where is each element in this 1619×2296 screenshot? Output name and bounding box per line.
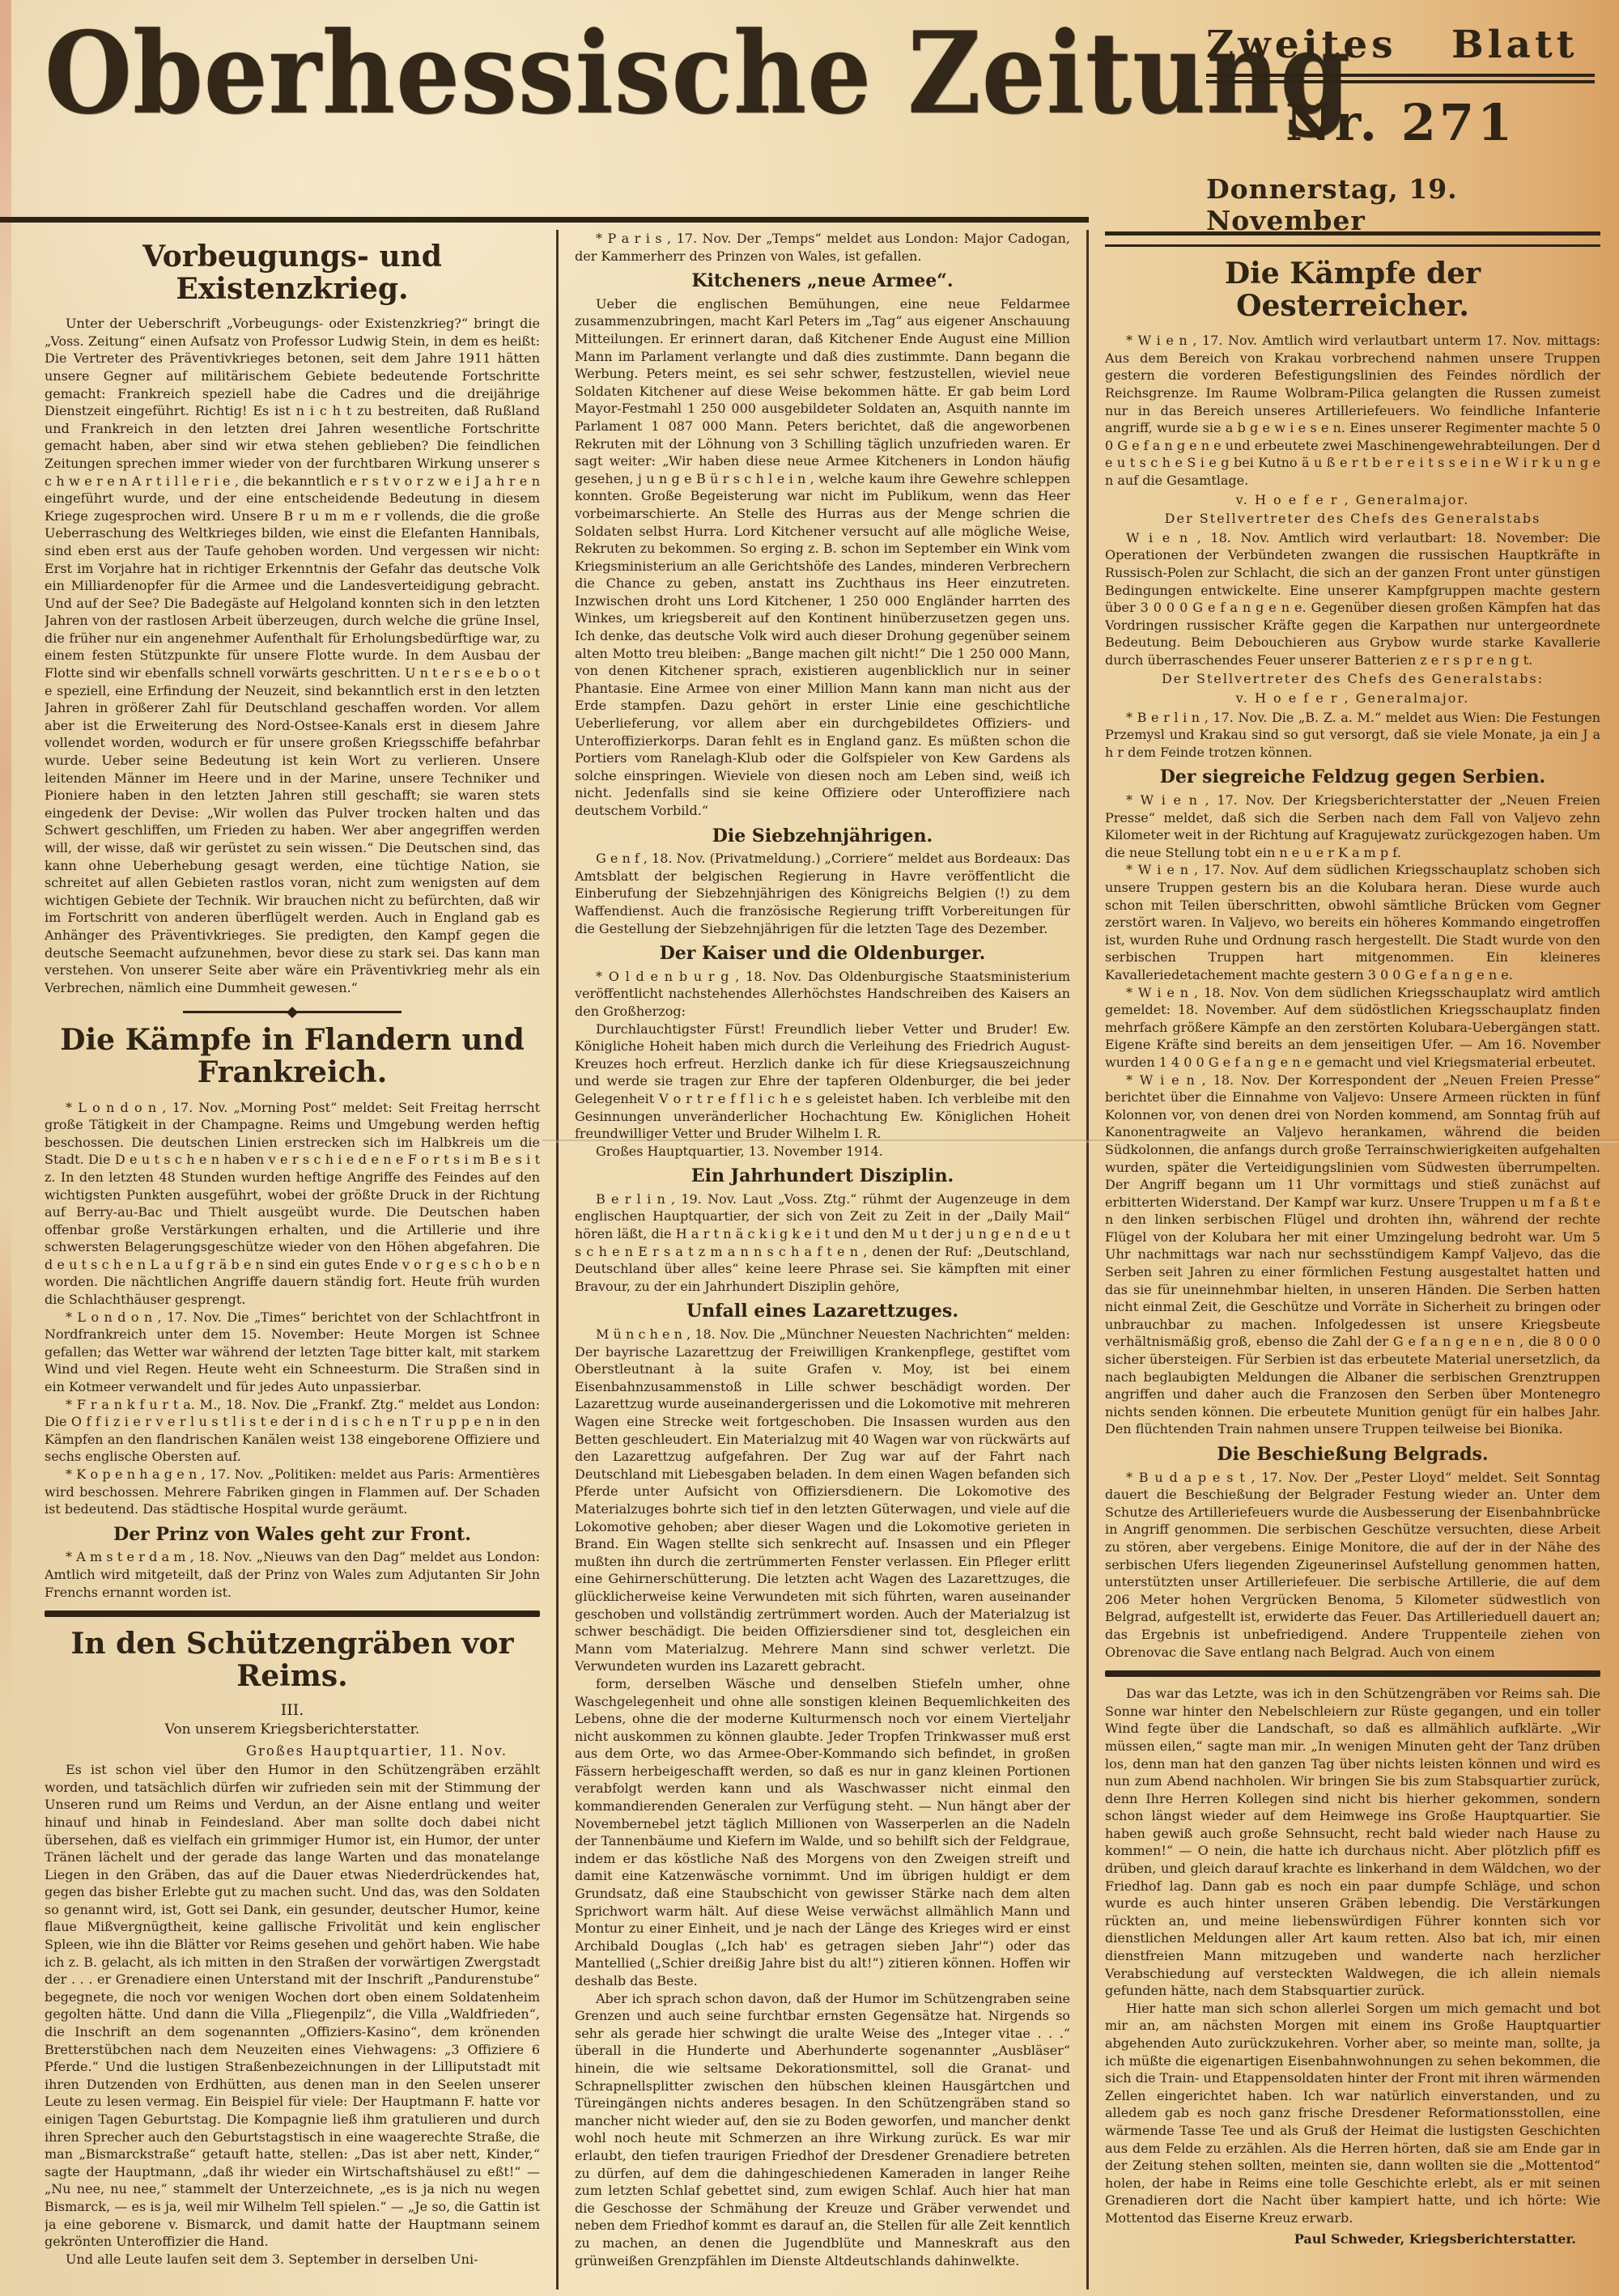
paragraph: B e r l i n , 19. Nov. Laut „Voss. Ztg.“… xyxy=(575,1190,1070,1296)
column3-top-rule xyxy=(1105,231,1600,247)
column-divider-1 xyxy=(556,230,559,2290)
headline-kaempfe-oesterreicher: Die Kämpfe der Oesterreicher. xyxy=(1105,258,1600,322)
paragraph: Das war das Letzte, was ich in den Schüt… xyxy=(1105,1685,1600,2000)
paragraph: * O l d e n b u r g , 18. Nov. Das Olden… xyxy=(575,968,1070,1021)
serbien-body: * W i e n , 17. Nov. Der Kriegsberichter… xyxy=(1105,792,1600,1438)
prinz-von-wales-body: * A m s t e r d a m , 18. Nov. „Nieuws v… xyxy=(45,1548,540,1601)
paper-edge-stains xyxy=(0,0,11,2296)
date-line: Donnerstag, 19. November xyxy=(1206,173,1595,236)
paragraph: Hier hatte man sich schon allerlei Sorge… xyxy=(1105,2000,1600,2227)
paragraph: * W i e n , 17. Nov. Der Kriegsberichter… xyxy=(1105,792,1600,861)
wien-18-nov-item: W i e n , 18. Nov. Amtlich wird verlautb… xyxy=(1105,529,1600,669)
signature-hoefer-1: v. H o e f e r , Generalmajor. xyxy=(1105,491,1600,509)
paragraph: Großes Hauptquartier, 13. November 1914. xyxy=(575,1143,1070,1161)
berlin-17-nov-item: * B e r l i n , 17. Nov. Die „B. Z. a. M… xyxy=(1105,709,1600,762)
siebzehnjaehrigen-body: G e n f , 18. Nov. (Privatmeldung.) „Cor… xyxy=(575,850,1070,937)
headline-schuetzengraeben-reims: In den Schützengräben vor Reims. xyxy=(45,1628,540,1692)
paragraph: * P a r i s , 17. Nov. Der „Temps“ melde… xyxy=(575,230,1070,265)
byline: Von unserem Kriegsberichterstatter. xyxy=(45,1721,540,1739)
subhead-feldzug-serbien: Der siegreiche Feldzug gegen Serbien. xyxy=(1105,769,1600,787)
subhead-prinz-von-wales: Der Prinz von Wales geht zur Front. xyxy=(45,1526,540,1544)
paragraph: * L o n d o n , 17. Nov. „Morning Post“ … xyxy=(45,1099,540,1309)
article-schuetzengraeben-body: Es ist schon viel über den Humor in den … xyxy=(45,1761,540,2268)
reims-conclusion-body: Das war das Letzte, was ich in den Schüt… xyxy=(1105,1685,1600,2226)
column-3: Die Kämpfe der Oesterreicher. * W i e n … xyxy=(1105,230,1600,2290)
paragraph: form, derselben Wäsche und denselben Sti… xyxy=(575,1675,1070,1990)
subhead-unfall-lazarettzug: Unfall eines Lazarettzuges. xyxy=(575,1303,1070,1321)
subhead-siebzehnjaehrigen: Die Siebzehnjährigen. xyxy=(575,828,1070,846)
paragraph: Es ist schon viel über den Humor in den … xyxy=(45,1761,540,2251)
subhead-kaiser-oldenburger: Der Kaiser und die Oldenburger. xyxy=(575,945,1070,963)
masthead: Oberhessische Zeitung Zweites Blatt Nr. … xyxy=(0,0,1619,228)
article-flandern-body: * L o n d o n , 17. Nov. „Morning Post“ … xyxy=(45,1099,540,1518)
paragraph: Durchlauchtigster Fürst! Freundlich lieb… xyxy=(575,1021,1070,1143)
signature-hoefer-2: v. H o e f e r , Generalmajor. xyxy=(1105,690,1600,707)
article-vorbeugungskrieg-body: Unter der Ueberschrift „Vorbeugungs- ode… xyxy=(45,315,540,996)
paragraph: Ueber die englischen Bemühungen, eine ne… xyxy=(575,295,1070,820)
paragraph: * W i e n , 17. Nov. Auf dem südlichen K… xyxy=(1105,861,1600,983)
column-area: Vorbeugungs- und Existenzkrieg. Unter de… xyxy=(45,230,1600,2290)
belgrad-body: * B u d a p e s t , 17. Nov. Der „Pester… xyxy=(1105,1469,1600,1662)
paragraph: * B u d a p e s t , 17. Nov. Der „Pester… xyxy=(1105,1469,1600,1662)
paragraph: * W i e n , 18. Nov. Der Korrespondent d… xyxy=(1105,1072,1600,1438)
newspaper-page: Oberhessische Zeitung Zweites Blatt Nr. … xyxy=(0,0,1619,2296)
masthead-rule xyxy=(0,217,1089,223)
paragraph: * B e r l i n , 17. Nov. Die „B. Z. a. M… xyxy=(1105,709,1600,762)
subhead-jahrhundert-disziplin: Ein Jahrhundert Disziplin. xyxy=(575,1168,1070,1186)
masthead-title: Oberhessische Zeitung xyxy=(45,8,1178,139)
paragraph: G e n f , 18. Nov. (Privatmeldung.) „Cor… xyxy=(575,850,1070,937)
wien-17-nov-item: * W i e n , 17. Nov. Amtlich wird verlau… xyxy=(1105,332,1600,489)
paragraph: Und alle Leute laufen seit dem 3. Septem… xyxy=(45,2251,540,2268)
kitchener-body: Ueber die englischen Bemühungen, eine ne… xyxy=(575,295,1070,820)
edition-block: Zweites Blatt Nr. 271 Donnerstag, 19. No… xyxy=(1206,23,1595,236)
column-2: * P a r i s , 17. Nov. Der „Temps“ melde… xyxy=(575,230,1070,2290)
paris-item: * P a r i s , 17. Nov. Der „Temps“ melde… xyxy=(575,230,1070,265)
paragraph: * K o p e n h a g e n , 17. Nov. „Politi… xyxy=(45,1466,540,1518)
paragraph: * W i e n , 18. Nov. Von dem südlichen K… xyxy=(1105,984,1600,1072)
headline-flandern-frankreich: Die Kämpfe in Flandern und Frankreich. xyxy=(45,1025,540,1089)
subhead-kitcheners-neue-armee: Kitcheners „neue Armee“. xyxy=(575,273,1070,291)
headline-vorbeugungskrieg: Vorbeugungs- und Existenzkrieg. xyxy=(45,241,540,305)
signature-paul-schweder: Paul Schweder, Kriegsberichterstatter. xyxy=(1105,2230,1576,2248)
subhead-beschiessung-belgrads: Die Beschießung Belgrads. xyxy=(1105,1446,1600,1464)
edition-label: Zweites Blatt xyxy=(1206,23,1595,83)
paragraph: M ü n c h e n , 18. Nov. Die „Münchner N… xyxy=(575,1326,1070,1675)
paragraph: * A m s t e r d a m , 18. Nov. „Nieuws v… xyxy=(45,1548,540,1601)
schuetzengraeben-continuation: form, derselben Wäsche und denselben Sti… xyxy=(575,1675,1070,2269)
paragraph: W i e n , 18. Nov. Amtlich wird verlautb… xyxy=(1105,529,1600,669)
lazarettzug-body: M ü n c h e n , 18. Nov. Die „Münchner N… xyxy=(575,1326,1070,1675)
issue-number: Nr. 271 xyxy=(1206,93,1595,152)
disziplin-body: B e r l i n , 19. Nov. Laut „Voss. Ztg.“… xyxy=(575,1190,1070,1296)
paragraph: Aber ich sprach schon davon, daß der Hum… xyxy=(575,1990,1070,2270)
signature-generalstab-1: Der Stellvertreter des Chefs des General… xyxy=(1105,510,1600,528)
paragraph: * F r a n k f u r t a. M., 18. Nov. Die … xyxy=(45,1396,540,1466)
column-divider-2 xyxy=(1086,230,1089,2290)
paragraph: * W i e n , 17. Nov. Amtlich wird verlau… xyxy=(1105,332,1600,489)
section-rule xyxy=(45,1611,540,1617)
dateline-hauptquartier: Großes Hauptquartier, 11. Nov. xyxy=(45,1742,508,1760)
section-rule-2 xyxy=(1105,1670,1600,1677)
paragraph: * L o n d o n , 17. Nov. Die „Times“ ber… xyxy=(45,1309,540,1396)
section-divider-ornament xyxy=(183,1011,402,1013)
part-number: III. xyxy=(45,1702,540,1720)
paragraph: Unter der Ueberschrift „Vorbeugungs- ode… xyxy=(45,315,540,996)
signature-generalstab-2: Der Stellvertreter des Chefs des General… xyxy=(1105,670,1600,688)
kaiser-oldenburger-body: * O l d e n b u r g , 18. Nov. Das Olden… xyxy=(575,968,1070,1161)
column-1: Vorbeugungs- und Existenzkrieg. Unter de… xyxy=(45,230,540,2290)
